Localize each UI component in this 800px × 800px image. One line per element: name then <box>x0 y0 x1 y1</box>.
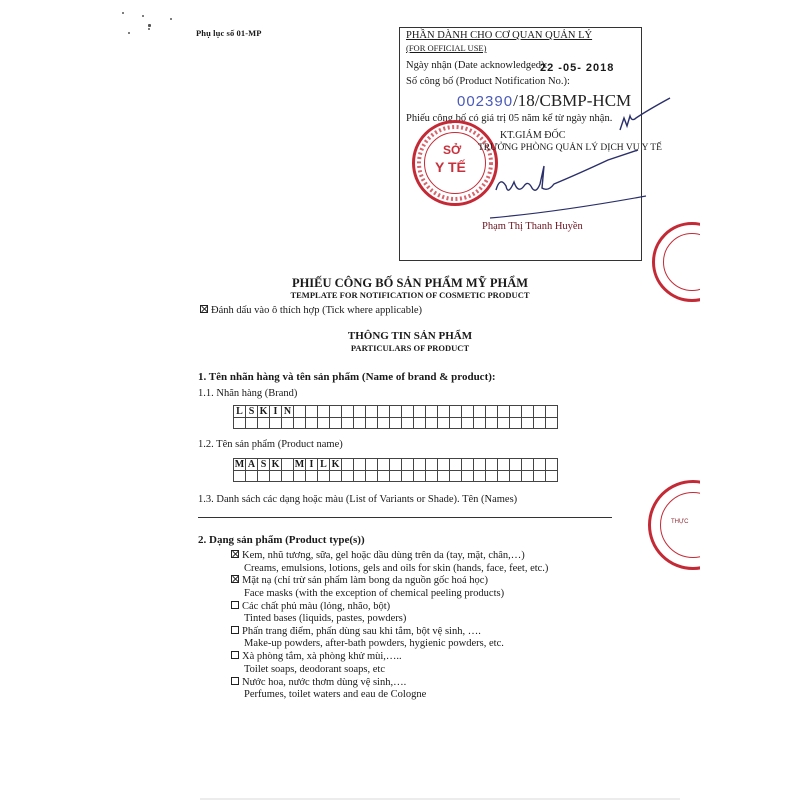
product-type-option: Kem, nhũ tương, sữa, gel hoặc dầu dùng t… <box>231 550 548 575</box>
grid-cell-empty[interactable] <box>306 471 318 482</box>
grid-cell-empty[interactable] <box>534 471 546 482</box>
grid-cell-empty[interactable] <box>486 418 498 429</box>
notification-number-label: Số công bố (Product Notification No.): <box>406 76 570 87</box>
grid-cell[interactable] <box>366 459 378 471</box>
brand-grid[interactable]: LSKIN <box>233 405 558 429</box>
section-title-english: PARTICULARS OF PRODUCT <box>0 343 800 353</box>
director-signature-icon <box>478 146 648 226</box>
grid-cell-empty[interactable] <box>474 418 486 429</box>
product-type-checkbox[interactable] <box>231 626 239 634</box>
grid-cell-empty[interactable] <box>354 471 366 482</box>
grid-cell-empty[interactable] <box>330 418 342 429</box>
grid-cell-empty[interactable] <box>462 418 474 429</box>
grid-cell-empty[interactable] <box>378 418 390 429</box>
grid-cell-empty[interactable] <box>258 471 270 482</box>
grid-cell-empty[interactable] <box>414 418 426 429</box>
grid-cell[interactable]: M <box>234 459 246 471</box>
grid-cell-empty[interactable] <box>522 418 534 429</box>
grid-cell[interactable] <box>330 406 342 418</box>
grid-cell-empty[interactable] <box>510 471 522 482</box>
grid-cell-empty[interactable] <box>534 418 546 429</box>
grid-cell-empty[interactable] <box>450 471 462 482</box>
initial-signature-icon <box>618 96 674 136</box>
grid-cell[interactable] <box>426 406 438 418</box>
grid-cell-empty[interactable] <box>366 418 378 429</box>
signer-name: Phạm Thị Thanh Huyền <box>482 221 583 232</box>
product-name-label: 1.2. Tên sản phẩm (Product name) <box>198 439 343 450</box>
product-type-option: Xà phòng tắm, xà phòng khử mùi,…..Toilet… <box>231 651 402 676</box>
grid-cell[interactable]: K <box>270 459 282 471</box>
brand-label: 1.1. Nhãn hàng (Brand) <box>198 388 297 399</box>
grid-cell[interactable]: K <box>330 459 342 471</box>
product-type-en: Make-up powders, after-bath powders, hyg… <box>231 638 504 651</box>
grid-cell-empty[interactable] <box>282 471 294 482</box>
grid-cell[interactable]: N <box>282 406 294 418</box>
grid-cell-empty[interactable] <box>426 471 438 482</box>
grid-cell-empty[interactable] <box>270 418 282 429</box>
grid-cell[interactable] <box>378 459 390 471</box>
variants-line[interactable] <box>198 517 612 518</box>
grid-cell[interactable] <box>450 459 462 471</box>
grid-cell-empty[interactable] <box>258 418 270 429</box>
notification-number-suffix: /18/CBMP-HCM <box>513 91 631 110</box>
product-type-vn: Xà phòng tắm, xà phòng khử mùi,….. <box>242 651 402 662</box>
grid-cell[interactable] <box>390 406 402 418</box>
section-title: THÔNG TIN SẢN PHẨM <box>0 330 800 342</box>
grid-cell-empty[interactable] <box>366 471 378 482</box>
product-type-vn: Phấn trang điểm, phấn dùng sau khi tắm, … <box>242 626 481 637</box>
stamp-text-so: SỞ <box>443 143 461 157</box>
grid-cell-empty[interactable] <box>390 418 402 429</box>
grid-cell-empty[interactable] <box>474 471 486 482</box>
product-type-en: Tinted bases (liquids, pastes, powders) <box>231 613 406 626</box>
grid-cell[interactable] <box>474 406 486 418</box>
grid-cell[interactable] <box>354 406 366 418</box>
director-title: KT.GIÁM ĐỐC <box>500 130 565 141</box>
grid-cell-empty[interactable] <box>510 418 522 429</box>
product-name-grid[interactable]: MASKMILK <box>233 458 558 482</box>
grid-cell[interactable] <box>306 406 318 418</box>
grid-cell[interactable] <box>354 459 366 471</box>
grid-cell[interactable] <box>546 406 558 418</box>
grid-cell-empty[interactable] <box>546 418 558 429</box>
section-1-heading: 1. Tên nhãn hàng và tên sản phẩm (Name o… <box>198 371 496 383</box>
grid-cell-empty[interactable] <box>318 471 330 482</box>
grid-cell[interactable] <box>318 406 330 418</box>
notification-number-stamped: 002390 <box>457 93 513 110</box>
grid-cell-empty[interactable] <box>414 471 426 482</box>
grid-cell[interactable]: A <box>246 459 258 471</box>
grid-cell[interactable] <box>462 459 474 471</box>
grid-cell[interactable] <box>534 459 546 471</box>
product-type-option: Nước hoa, nước thơm dùng vệ sinh,….Perfu… <box>231 677 426 702</box>
grid-cell[interactable] <box>390 459 402 471</box>
grid-cell[interactable] <box>486 459 498 471</box>
grid-cell-empty[interactable] <box>402 471 414 482</box>
document-title-english: TEMPLATE FOR NOTIFICATION OF COSMETIC PR… <box>0 290 800 300</box>
tick-instruction: Đánh dấu vào ô thích hợp (Tick where app… <box>200 305 422 316</box>
grid-cell-empty[interactable] <box>246 471 258 482</box>
grid-cell-empty[interactable] <box>426 418 438 429</box>
page-margin-crop <box>700 0 800 800</box>
grid-cell-empty[interactable] <box>354 418 366 429</box>
grid-cell-empty[interactable] <box>342 418 354 429</box>
grid-cell-empty[interactable] <box>234 418 246 429</box>
grid-cell[interactable] <box>342 406 354 418</box>
grid-cell-empty[interactable] <box>378 471 390 482</box>
grid-cell-empty[interactable] <box>498 471 510 482</box>
product-type-option: Phấn trang điểm, phấn dùng sau khi tắm, … <box>231 626 504 651</box>
scan-speck <box>128 32 130 34</box>
grid-cell-empty[interactable] <box>402 418 414 429</box>
grid-cell[interactable] <box>294 406 306 418</box>
grid-cell-empty[interactable] <box>330 471 342 482</box>
date-acknowledged-label: Ngày nhận (Date acknowledged): <box>406 60 547 71</box>
grid-cell[interactable] <box>438 459 450 471</box>
variants-label: 1.3. Danh sách các dạng hoặc màu (List o… <box>198 494 517 505</box>
grid-cell-empty[interactable] <box>390 471 402 482</box>
product-type-checkbox[interactable] <box>231 550 239 558</box>
grid-cell-empty[interactable] <box>246 418 258 429</box>
grid-cell-empty[interactable] <box>438 418 450 429</box>
grid-cell[interactable]: I <box>270 406 282 418</box>
example-checkbox-checked <box>200 305 208 313</box>
grid-cell[interactable] <box>462 406 474 418</box>
product-type-vn: Mặt nạ (chỉ trừ sản phẩm làm bong da ngu… <box>242 575 488 586</box>
appendix-label: Phụ lục số 01-MP <box>196 28 262 38</box>
grid-cell-empty[interactable] <box>270 471 282 482</box>
grid-cell[interactable]: K <box>258 406 270 418</box>
grid-cell-empty[interactable] <box>318 418 330 429</box>
stamp-text-yte: Y TẾ <box>435 159 466 175</box>
grid-cell[interactable] <box>474 459 486 471</box>
grid-cell-empty[interactable] <box>486 471 498 482</box>
grid-cell-empty[interactable] <box>282 418 294 429</box>
grid-cell[interactable] <box>498 459 510 471</box>
grid-cell[interactable] <box>414 459 426 471</box>
grid-cell-empty[interactable] <box>462 471 474 482</box>
grid-cell[interactable]: I <box>306 459 318 471</box>
official-use-box: PHẦN DÀNH CHO CƠ QUAN QUẢN LÝ (FOR OFFIC… <box>399 27 642 261</box>
grid-cell-empty[interactable] <box>342 471 354 482</box>
grid-cell[interactable] <box>402 406 414 418</box>
date-acknowledged-value: 22 -05- 2018 <box>540 62 614 74</box>
product-type-checkbox[interactable] <box>231 651 239 659</box>
product-type-checkbox[interactable] <box>231 575 239 583</box>
grid-cell[interactable] <box>426 459 438 471</box>
grid-cell[interactable] <box>510 459 522 471</box>
section-2-heading: 2. Dạng sản phẩm (Product type(s)) <box>198 534 365 546</box>
product-type-en: Creams, emulsions, lotions, gels and oil… <box>231 563 548 576</box>
grid-cell[interactable] <box>450 406 462 418</box>
grid-cell[interactable]: L <box>234 406 246 418</box>
grid-cell[interactable] <box>546 459 558 471</box>
official-use-subtitle: (FOR OFFICIAL USE) <box>406 43 486 53</box>
grid-cell-empty[interactable] <box>234 471 246 482</box>
tick-instruction-text: Đánh dấu vào ô thích hợp (Tick where app… <box>211 305 422 316</box>
product-type-checkbox[interactable] <box>231 677 239 685</box>
grid-cell[interactable] <box>522 406 534 418</box>
scan-speck <box>148 28 150 30</box>
grid-cell-empty[interactable] <box>546 471 558 482</box>
grid-cell-empty[interactable] <box>522 471 534 482</box>
scan-speck <box>170 18 172 20</box>
grid-cell[interactable] <box>402 459 414 471</box>
product-type-option: Các chất phủ màu (lỏng, nhão, bột)Tinted… <box>231 601 406 626</box>
grid-cell[interactable]: L <box>318 459 330 471</box>
grid-cell[interactable]: S <box>246 406 258 418</box>
grid-cell[interactable] <box>534 406 546 418</box>
document-title: PHIẾU CÔNG BỐ SẢN PHẨM MỸ PHẨM <box>0 276 800 291</box>
grid-cell[interactable] <box>282 459 294 471</box>
grid-cell[interactable]: M <box>294 459 306 471</box>
scan-speck <box>148 24 151 27</box>
grid-cell[interactable] <box>378 406 390 418</box>
grid-cell[interactable] <box>342 459 354 471</box>
grid-cell[interactable]: S <box>258 459 270 471</box>
grid-cell[interactable] <box>510 406 522 418</box>
product-type-checkbox[interactable] <box>231 601 239 609</box>
grid-cell-empty[interactable] <box>306 418 318 429</box>
official-use-title: PHẦN DÀNH CHO CƠ QUAN QUẢN LÝ <box>406 30 592 41</box>
product-type-vn: Nước hoa, nước thơm dùng vệ sinh,…. <box>242 677 406 688</box>
scan-speck <box>142 15 144 17</box>
grid-cell-empty[interactable] <box>450 418 462 429</box>
product-type-vn: Các chất phủ màu (lỏng, nhão, bột) <box>242 601 390 612</box>
product-type-vn: Kem, nhũ tương, sữa, gel hoặc dầu dùng t… <box>242 550 525 561</box>
grid-cell-empty[interactable] <box>294 418 306 429</box>
notification-number: 002390/18/CBMP-HCM <box>457 91 631 111</box>
margin-stamp-inner-text: THỰC <box>671 519 688 525</box>
grid-cell[interactable] <box>486 406 498 418</box>
product-type-option: Mặt nạ (chỉ trừ sản phẩm làm bong da ngu… <box>231 575 504 600</box>
grid-cell-empty[interactable] <box>438 471 450 482</box>
grid-cell[interactable] <box>366 406 378 418</box>
product-type-en: Face masks (with the exception of chemic… <box>231 588 504 601</box>
grid-cell-empty[interactable] <box>498 418 510 429</box>
grid-cell-empty[interactable] <box>294 471 306 482</box>
grid-cell[interactable] <box>522 459 534 471</box>
grid-cell[interactable] <box>498 406 510 418</box>
product-type-en: Perfumes, toilet waters and eau de Colog… <box>231 689 426 702</box>
grid-cell[interactable] <box>414 406 426 418</box>
product-type-en: Toilet soaps, deodorant soaps, etc <box>231 664 402 677</box>
grid-cell[interactable] <box>438 406 450 418</box>
scan-speck <box>122 12 124 14</box>
